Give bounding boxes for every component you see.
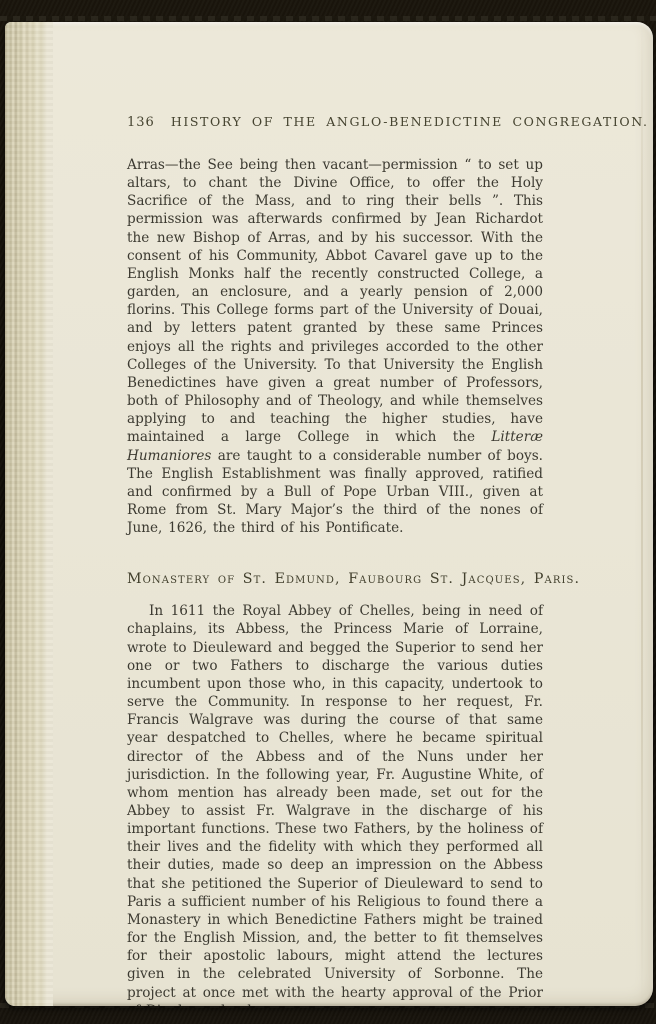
paragraph-arras-text-1: Arras—the See being then vacant—permissi… xyxy=(127,157,543,445)
running-title: HISTORY OF THE ANGLO-BENEDICTINE CONGREG… xyxy=(171,114,649,129)
backdrop-seam-top xyxy=(0,16,656,21)
page-content: 136 HISTORY OF THE ANGLO-BENEDICTINE CON… xyxy=(127,114,543,1006)
fore-edge-crease xyxy=(641,22,643,1006)
running-header: 136 HISTORY OF THE ANGLO-BENEDICTINE CON… xyxy=(127,114,543,130)
page-stack-edges xyxy=(5,22,53,1006)
book-page: 136 HISTORY OF THE ANGLO-BENEDICTINE CON… xyxy=(5,22,653,1006)
section-heading-monastery-st-edmund: Monastery of St. Edmund, Faubourg St. Ja… xyxy=(127,571,543,587)
paragraph-arras: Arras—the See being then vacant—permissi… xyxy=(127,156,543,537)
page-number: 136 xyxy=(127,115,155,130)
paragraph-chelles: In 1611 the Royal Abbey of Chelles, bein… xyxy=(127,602,543,1006)
